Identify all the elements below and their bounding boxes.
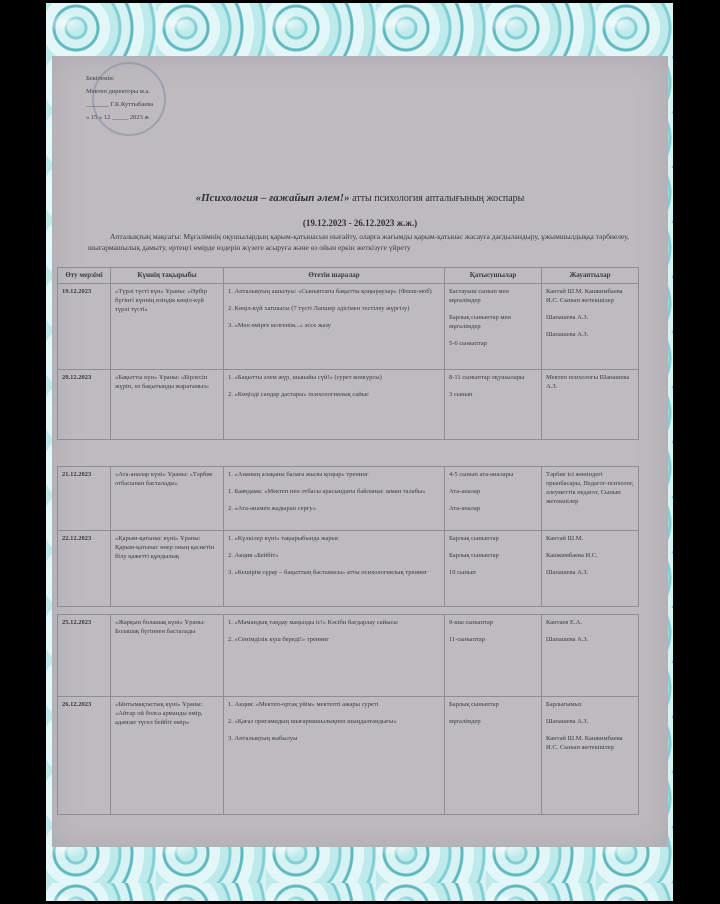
cell-participants: 9-шы сыныптар11-сыныптар [445, 615, 542, 697]
cell-theme: «Түрлі түсті күн» Ұраны: «Әрбір бүгінгі … [111, 284, 224, 370]
approval-label: Бекітемін: [86, 72, 153, 85]
cell-participants-item: Ата-аналар [449, 487, 537, 496]
cell-events-item: 2. «Қағаз оригамидың шығармашылықпен шың… [228, 717, 440, 726]
cell-date-item: 26.12.2023 [62, 700, 106, 709]
cell-theme: «Ынтымақтастық күні» Ұраны: «Айтар ой бо… [111, 697, 224, 815]
cell-events-item: 1. Акция: «Мектеп-ортақ үйім» мектепті а… [228, 700, 440, 709]
cell-events-item: 3. «Мен өмірге келгенім...» эссе жазу [228, 321, 440, 330]
cell-participants-item: 4-5 сынып ата-аналары [449, 470, 537, 479]
cell-events: 1. «Күлкілер күні» тақырыбында жарыс2. А… [224, 531, 445, 607]
cell-theme: «Қарым-қатынас күні» Ұраны: Қарым-қатына… [111, 531, 224, 607]
table-row: 20.12.2023«Бақытты күн» Ұраны: «Бірлесіп… [58, 370, 639, 440]
cell-events-item: 1. «Ананың алақаны балаға жылы қоңыр» тр… [228, 470, 440, 479]
table-row: 25.12.2023«Жарқын болашақ күні» Ұраны: Б… [58, 615, 639, 697]
cell-events-item: 1. Баяндама: «Мектеп пен отбасы арасында… [228, 487, 440, 496]
cell-participants-item: Барлық сыныптар мен мұғалімдер [449, 313, 537, 331]
cell-participants: 8-11 сыныптар оқушылары3 сынып [445, 370, 542, 440]
cell-responsible: Кантай Ш.М.Кашкимбаева И.С.Шапашева А.З. [542, 531, 639, 607]
cell-theme: «Ата-аналар күні» Ұраны: «Тәрбие отбасын… [111, 467, 224, 531]
cell-responsible: Мектеп психологы Шапашева А.З. [542, 370, 639, 440]
cell-responsible-item: Шапашева А.З. [546, 635, 634, 644]
cell-participants-item: Барлық сыныптар [449, 551, 537, 560]
plan-table-part-3: 25.12.2023«Жарқын болашақ күні» Ұраны: Б… [57, 614, 639, 815]
table-row: 21.12.2023«Ата-аналар күні» Ұраны: «Тәрб… [58, 467, 639, 531]
cell-participants: Бастауыш сынып мен мұғалімдерБарлық сыны… [445, 284, 542, 370]
cell-events: 1. Акция: «Мектеп-ортақ үйім» мектепті а… [224, 697, 445, 815]
col-events: Өтетін шаралар [224, 268, 445, 284]
cell-events-item: 3. Апталықтың жабылуы [228, 734, 440, 743]
cell-events: 1. «Мамандық таңдау маңызды іс!» Кәсіби … [224, 615, 445, 697]
table-row: 22.12.2023«Қарым-қатынас күні» Ұраны: Қа… [58, 531, 639, 607]
plan-table-part-1: Өту мерзімі Күннің тақырыбы Өтетін шарал… [57, 267, 639, 440]
col-theme: Күннің тақырыбы [111, 268, 224, 284]
cell-date-item: 22.12.2023 [62, 534, 106, 543]
cell-events-item: 2. «Көңілді сандар дастары» психологиялы… [228, 390, 440, 399]
cell-responsible-item: Кантай Ш.М. [546, 534, 634, 543]
cell-date-item: 19.12.2023 [62, 287, 106, 296]
cell-participants-item: Барлық сыныптар [449, 700, 537, 709]
cell-responsible-item: Мектеп психологы Шапашева А.З. [546, 373, 634, 391]
table-row: 19.12.2023«Түрлі түсті күн» Ұраны: «Әрбі… [58, 284, 639, 370]
cell-events-item: 2. «Сенімділік күш береді!» тренинг [228, 635, 440, 644]
cell-responsible: Тәрбие ісі жөніндегі орынбасары, Педагог… [542, 467, 639, 531]
title-rest: атты психология апталығының жоспары [350, 193, 525, 204]
cell-participants: 4-5 сынып ата-аналарыАта-аналарАта-анала… [445, 467, 542, 531]
cell-responsible: Кантаев Е.А.Шапашева А.З. [542, 615, 639, 697]
cell-responsible-item: Шапашева А.З. [546, 313, 634, 322]
cell-theme-item: «Ынтымақтастық күні» Ұраны: «Айтар ой бо… [115, 700, 219, 727]
document-dates: (19.12.2023 - 26.12.2023 ж.ж.) [60, 218, 660, 228]
cell-date-item: 20.12.2023 [62, 373, 106, 382]
cell-participants-item: 5-6 сыныптар [449, 339, 537, 348]
cell-theme-item: «Ата-аналар күні» Ұраны: «Тәрбие отбасын… [115, 470, 219, 488]
approval-signature: _______ Г.К.Куттыбаева [86, 98, 153, 111]
cell-theme-item: «Түрлі түсті күн» Ұраны: «Әрбір бүгінгі … [115, 287, 219, 314]
cell-events-item: 2. Акция «Бейбіт» [228, 551, 440, 560]
cell-theme-item: «Бақытты күн» Ұраны: «Бірлесіп жүріп, өз… [115, 373, 219, 391]
cell-events: 1. «Ананың алақаны балаға жылы қоңыр» тр… [224, 467, 445, 531]
cell-participants: Барлық сыныптармұғалімдер [445, 697, 542, 815]
cell-events-item: 2. «Ата-анамен жадырап сергу» [228, 504, 440, 513]
cell-participants-item: Бастауыш сынып мен мұғалімдер [449, 287, 537, 305]
col-date: Өту мерзімі [58, 268, 111, 284]
cell-theme-item: «Жарқын болашақ күні» Ұраны: Болашақ бүг… [115, 618, 219, 636]
cell-date: 20.12.2023 [58, 370, 111, 440]
cell-date-item: 21.12.2023 [62, 470, 106, 479]
cell-participants-item: Барлық сыныптар [449, 534, 537, 543]
cell-date: 21.12.2023 [58, 467, 111, 531]
cell-date: 26.12.2023 [58, 697, 111, 815]
cell-responsible: БарлығымызШапашева А.З.Кантай Ш.М. Кашки… [542, 697, 639, 815]
cell-participants-item: 9-шы сыныптар [449, 618, 537, 627]
cell-theme-item: «Қарым-қатынас күні» Ұраны: Қарым-қатына… [115, 534, 219, 561]
cell-date: 19.12.2023 [58, 284, 111, 370]
cell-events-item: 1. «Мамандық таңдау маңызды іс!» Кәсіби … [228, 618, 440, 627]
cell-responsible-item: Кантаев Е.А. [546, 618, 634, 627]
cell-responsible-item: Барлығымыз [546, 700, 634, 709]
document-title: «Психология – ғажайып әлем!» атты психол… [60, 192, 660, 204]
cell-events-item: 3. «Кешірім сұрау – бақыттың бастамасы» … [228, 568, 440, 577]
col-participants: Қатысушылар [445, 268, 542, 284]
cell-responsible: Кантай Ш.М. Кашкимбаева И.С. Сынып жетек… [542, 284, 639, 370]
cell-responsible-item: Кашкимбаева И.С. [546, 551, 634, 560]
cell-participants-item: 3 сынып [449, 390, 537, 399]
title-bold: «Психология – ғажайып әлем!» [196, 192, 350, 204]
cell-date: 22.12.2023 [58, 531, 111, 607]
approval-block: Бекітемін: Мектеп директоры м.а. _______… [86, 72, 153, 124]
cell-responsible-item: Шапашева А.З. [546, 717, 634, 726]
cell-responsible-item: Кантай Ш.М. Кашкимбаева И.С. Сынып жетек… [546, 734, 634, 752]
week-goal: Апталықтың мақсаты: Мұғалімнің оқушылард… [88, 231, 640, 253]
approval-date: « 15 » 12 _____ 2023 ж [86, 111, 153, 124]
cell-responsible-item: Шапашева А.З. [546, 330, 634, 339]
cell-events-item: 2. Көңіл-күй хатшысы (7 түсті Лапшер әді… [228, 304, 440, 313]
cell-participants-item: Ата-аналар [449, 504, 537, 513]
cell-theme: «Жарқын болашақ күні» Ұраны: Болашақ бүг… [111, 615, 224, 697]
cell-events: 1. Апталықтың ашылуы: «Сыныптағы бақытты… [224, 284, 445, 370]
cell-date-item: 25.12.2023 [62, 618, 106, 627]
plan-table-part-2: 21.12.2023«Ата-аналар күні» Ұраны: «Тәрб… [57, 466, 639, 607]
cell-events-item: 1. Апталықтың ашылуы: «Сыныптағы бақытты… [228, 287, 440, 296]
cell-responsible-item: Тәрбие ісі жөніндегі орынбасары, Педагог… [546, 470, 634, 506]
cell-responsible-item: Шапашева А.З. [546, 568, 634, 577]
cell-participants-item: мұғалімдер [449, 717, 537, 726]
table-header: Өту мерзімі Күннің тақырыбы Өтетін шарал… [58, 268, 639, 284]
cell-participants-item: 10 сынып [449, 568, 537, 577]
cell-events: 1. «Бақытты әлем жүр, шынайы сүй!» (суре… [224, 370, 445, 440]
cell-theme: «Бақытты күн» Ұраны: «Бірлесіп жүріп, өз… [111, 370, 224, 440]
col-responsible: Жауаптылар [542, 268, 639, 284]
cell-responsible-item: Кантай Ш.М. Кашкимбаева И.С. Сынып жетек… [546, 287, 634, 305]
table-row: 26.12.2023«Ынтымақтастық күні» Ұраны: «А… [58, 697, 639, 815]
cell-events-item: 1. «Бақытты әлем жүр, шынайы сүй!» (суре… [228, 373, 440, 382]
cell-participants: Барлық сыныптарБарлық сыныптар10 сынып [445, 531, 542, 607]
cell-date: 25.12.2023 [58, 615, 111, 697]
cell-participants-item: 11-сыныптар [449, 635, 537, 644]
approval-position: Мектеп директоры м.а. [86, 85, 153, 98]
cell-participants-item: 8-11 сыныптар оқушылары [449, 373, 537, 382]
cell-events-item: 1. «Күлкілер күні» тақырыбында жарыс [228, 534, 440, 543]
